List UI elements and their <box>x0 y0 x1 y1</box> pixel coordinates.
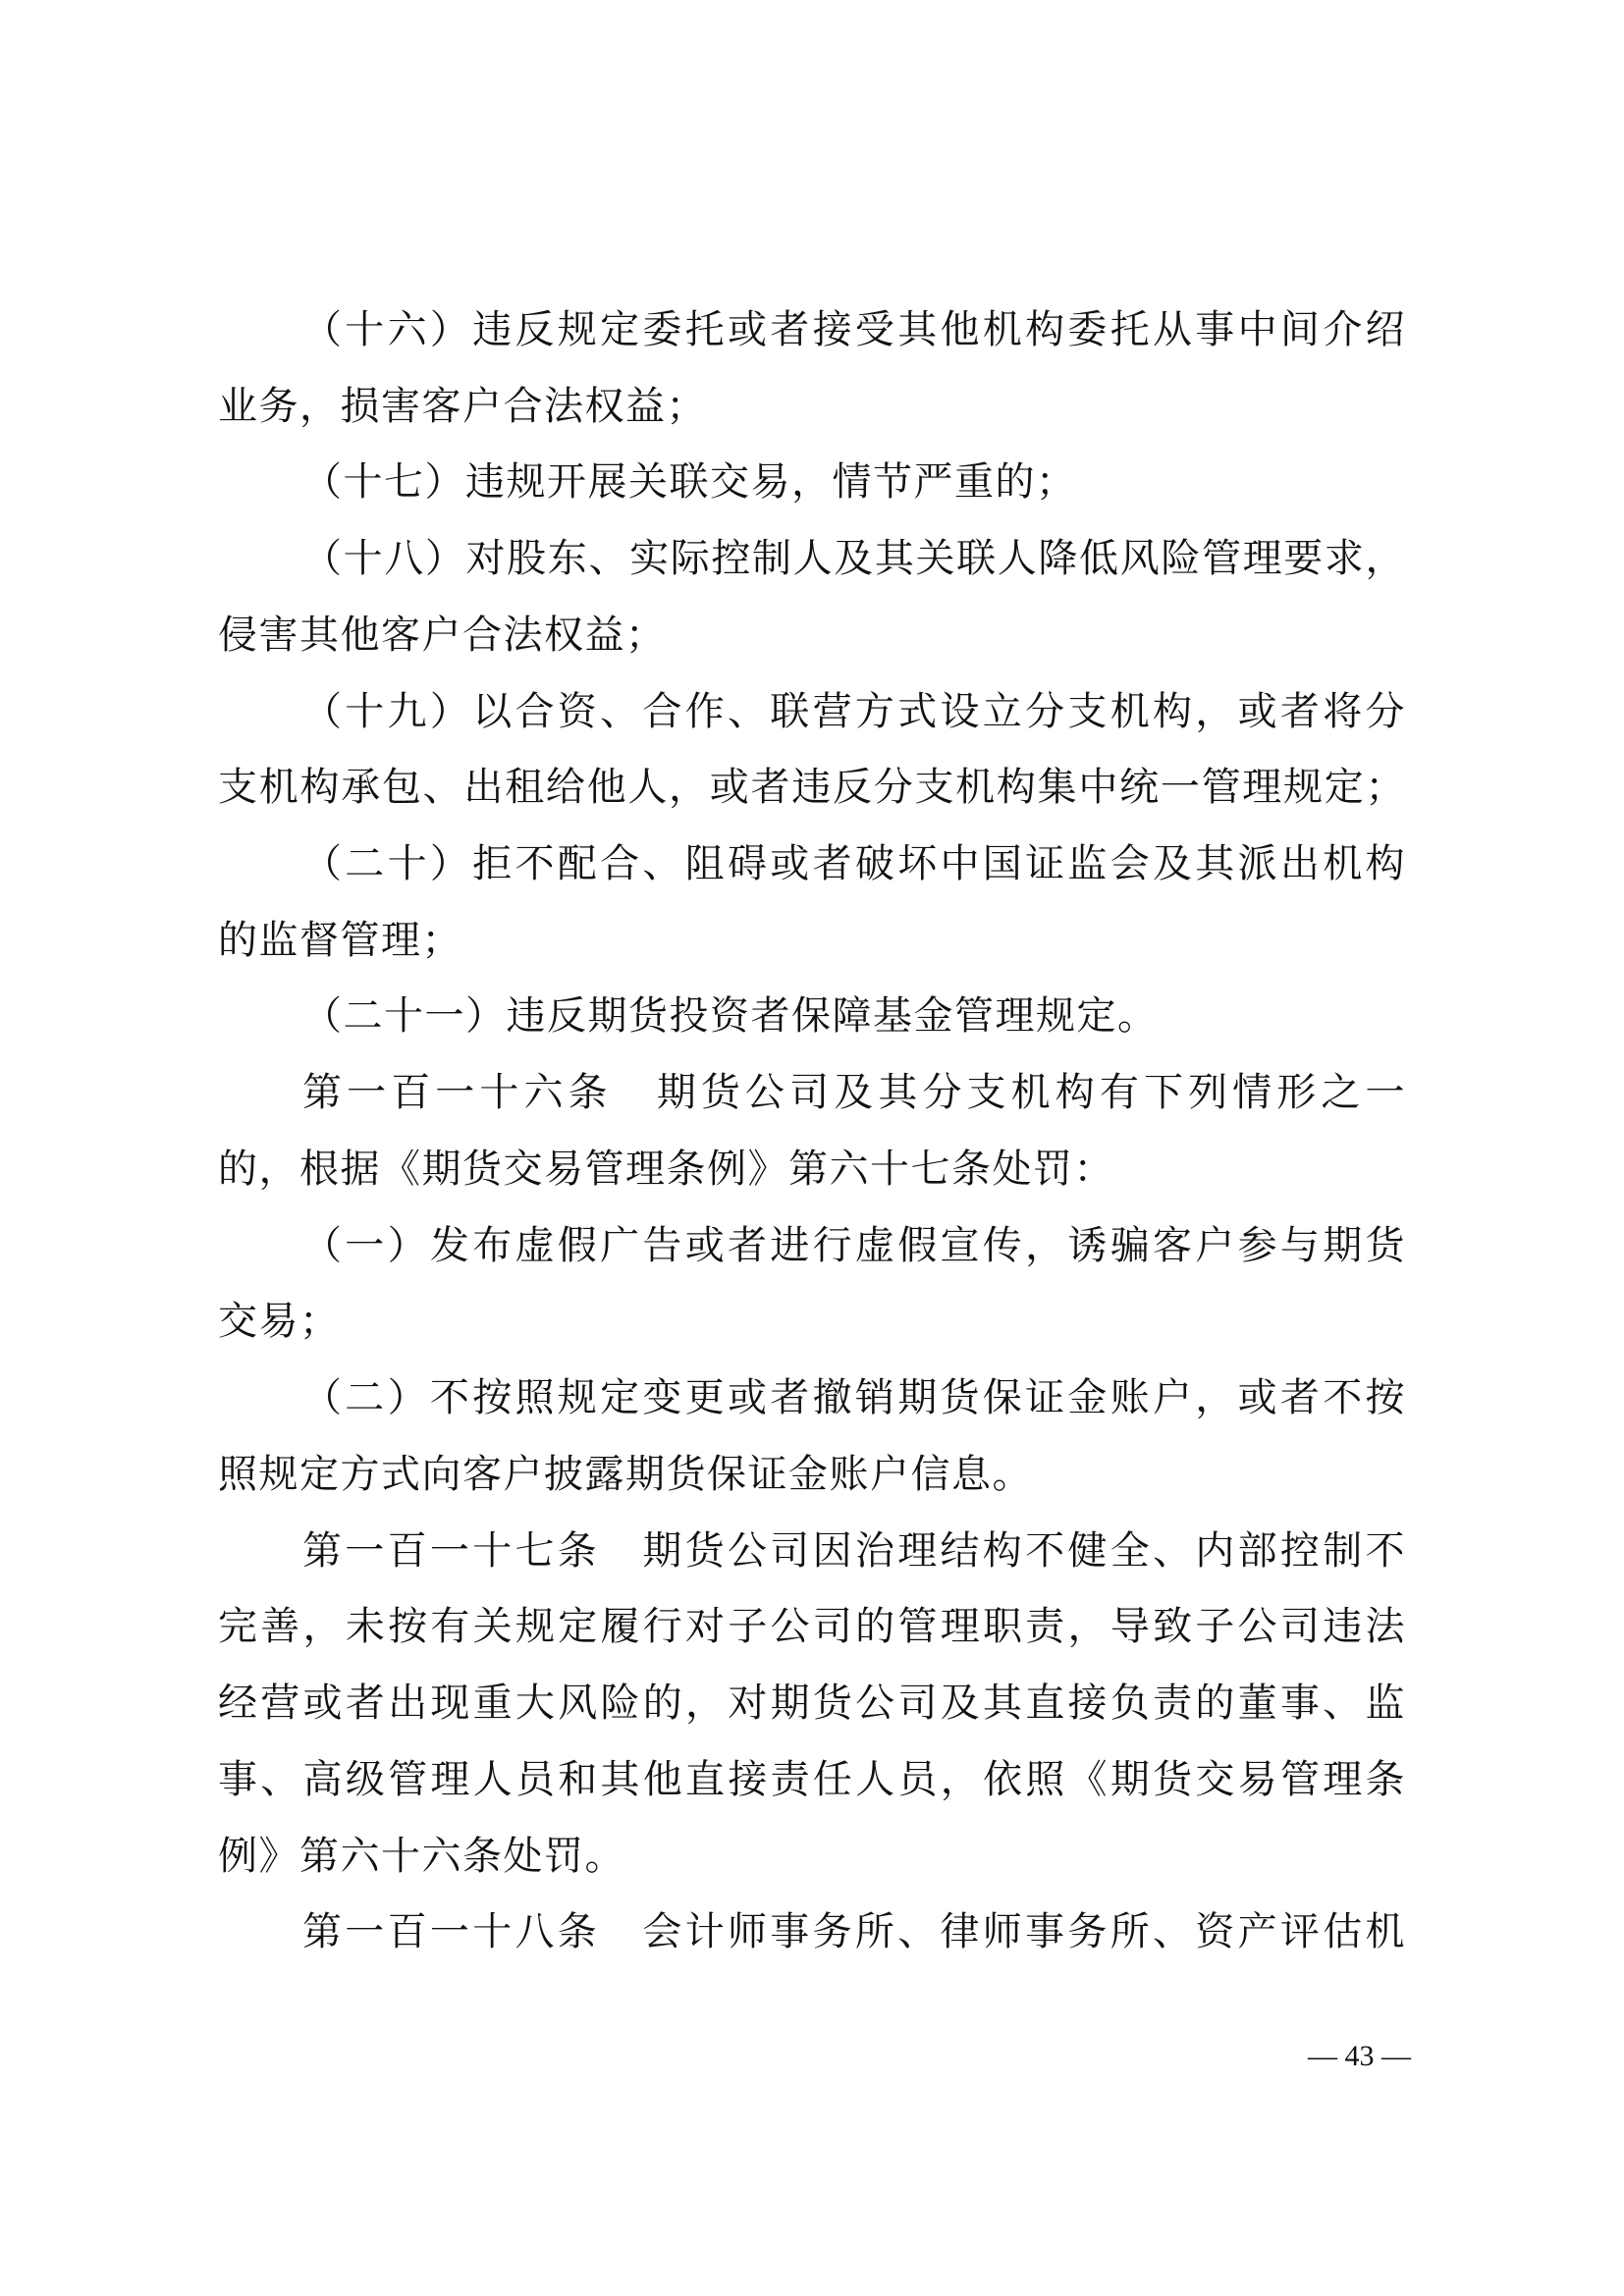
text-line: 例》第六十六条处罚。 <box>218 1833 1406 1880</box>
text-line: 交易； <box>218 1298 1406 1345</box>
text-line: （十九）以合资、合作、联营方式设立分支机构，或者将分 <box>218 688 1406 735</box>
text-line: 的，根据《期货交易管理条例》第六十七条处罚： <box>218 1146 1406 1193</box>
text-line: 侵害其他客户合法权益； <box>218 612 1406 659</box>
page-number: — 43 — <box>1269 2040 1411 2073</box>
text-line: （二十一）违反期货投资者保障基金管理规定。 <box>218 992 1406 1040</box>
article-heading-line: 第一百一十六条 期货公司及其分支机构有下列情形之一 <box>218 1069 1406 1116</box>
text-line: 支机构承包、出租给他人，或者违反分支机构集中统一管理规定； <box>218 764 1406 811</box>
text-line: 的监督管理； <box>218 917 1406 964</box>
text-line: 事、高级管理人员和其他直接责任人员，依照《期货交易管理条 <box>218 1756 1406 1803</box>
text-line: （十七）违规开展关联交易，情节严重的； <box>218 458 1406 506</box>
text-line: 照规定方式向客户披露期货保证金账户信息。 <box>218 1451 1406 1498</box>
text-line: （二）不按照规定变更或者撤销期货保证金账户，或者不按 <box>218 1374 1406 1421</box>
text-line: 完善，未按有关规定履行对子公司的管理职责，导致子公司违法 <box>218 1603 1406 1650</box>
text-line: （二十）拒不配合、阻碍或者破坏中国证监会及其派出机构 <box>218 840 1406 887</box>
article-heading-line: 第一百一十八条 会计师事务所、律师事务所、资产评估机 <box>218 1908 1406 1955</box>
text-line: 业务，损害客户合法权益； <box>218 383 1406 430</box>
text-line: （一）发布虚假广告或者进行虚假宣传，诱骗客户参与期货 <box>218 1222 1406 1269</box>
text-line: 经营或者出现重大风险的，对期货公司及其直接负责的董事、监 <box>218 1680 1406 1727</box>
text-line: （十六）违反规定委托或者接受其他机构委托从事中间介绍 <box>218 306 1406 353</box>
document-page: （十六）违反规定委托或者接受其他机构委托从事中间介绍 业务，损害客户合法权益； … <box>0 0 1624 2296</box>
text-line: （十八）对股东、实际控制人及其关联人降低风险管理要求， <box>218 535 1406 582</box>
article-heading-line: 第一百一十七条 期货公司因治理结构不健全、内部控制不 <box>218 1527 1406 1575</box>
